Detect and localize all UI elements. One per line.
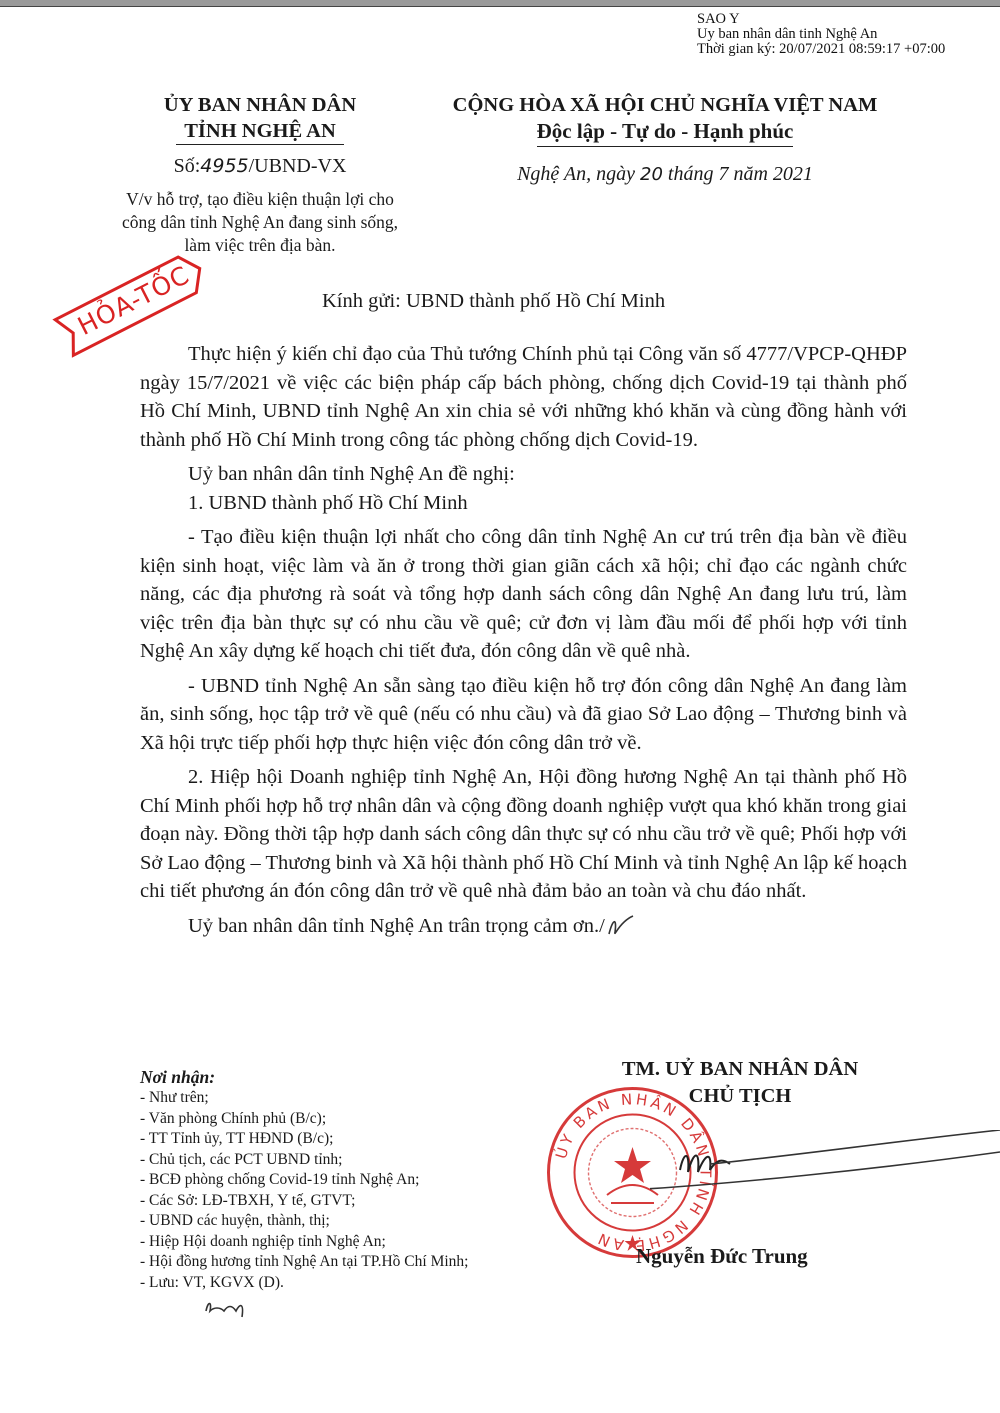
paragraph-item-1a: - Tạo điều kiện thuận lợi nhất cho công … bbox=[140, 523, 907, 666]
document-subject: V/v hỗ trợ, tạo điều kiện thuận lợi cho … bbox=[110, 188, 410, 257]
recipient-item: - Như trên; bbox=[140, 1088, 468, 1109]
number-prefix: Số: bbox=[174, 155, 201, 177]
issuing-authority-header: ỦY BAN NHÂN DÂN TỈNH NGHỆ AN Số:4955/UBN… bbox=[110, 92, 410, 257]
document-date: Nghệ An, ngày 20 tháng 7 năm 2021 bbox=[420, 163, 910, 186]
country-name: CỘNG HÒA XÃ HỘI CHỦ NGHĨA VIỆT NAM bbox=[420, 92, 910, 118]
authority-province: TỈNH NGHỆ AN bbox=[176, 118, 344, 145]
date-day: 20 bbox=[640, 164, 663, 185]
recipient-item: - UBND các huyện, thành, thị; bbox=[140, 1211, 468, 1232]
paragraph-request: Uỷ ban nhân dân tỉnh Nghệ An đề nghị: bbox=[140, 460, 907, 489]
recipient-item: - Hội đồng hương tỉnh Nghệ An tại TP.Hồ … bbox=[140, 1252, 468, 1273]
signature-org: Uy ban nhân dân tinh Nghệ An bbox=[697, 27, 945, 42]
digital-signature-stamp: SAO Y Uy ban nhân dân tinh Nghệ An Thời … bbox=[697, 12, 945, 57]
thanks-text: Uỷ ban nhân dân tỉnh Nghệ An trân trọng … bbox=[188, 915, 605, 937]
date-prefix: Nghệ An, ngày bbox=[517, 163, 640, 185]
recipient-item: - TT Tỉnh ủy, TT HĐND (B/c); bbox=[140, 1129, 468, 1150]
date-suffix: tháng 7 năm 2021 bbox=[663, 163, 813, 185]
initials-scribble-icon bbox=[605, 914, 635, 938]
national-motto: Độc lập - Tự do - Hạnh phúc bbox=[537, 118, 794, 147]
paragraph-thanks: Uỷ ban nhân dân tỉnh Nghệ An trân trọng … bbox=[140, 912, 907, 941]
recipient-item: - Văn phòng Chính phủ (B/c); bbox=[140, 1109, 468, 1130]
paragraph-item-1: 1. UBND thành phố Hồ Chí Minh bbox=[140, 489, 907, 518]
recipient-item: - Chủ tịch, các PCT UBND tỉnh; bbox=[140, 1150, 468, 1171]
viewer-top-bar bbox=[0, 0, 1000, 7]
national-header: CỘNG HÒA XÃ HỘI CHỦ NGHĨA VIỆT NAM Độc l… bbox=[420, 92, 910, 186]
paragraph-item-1b: - UBND tỉnh Nghệ An sẵn sàng tạo điều ki… bbox=[140, 672, 907, 758]
addressee: Kính gửi: UBND thành phố Hồ Chí Minh bbox=[322, 290, 665, 313]
authority-name: ỦY BAN NHÂN DÂN bbox=[110, 92, 410, 118]
document-number: Số:4955/UBND-VX bbox=[110, 155, 410, 178]
recipients-list: Nơi nhận: - Như trên; - Văn phòng Chính … bbox=[140, 1066, 468, 1328]
signature-type: SAO Y bbox=[697, 12, 945, 27]
recipient-item: - BCĐ phòng chống Covid-19 tỉnh Nghệ An; bbox=[140, 1170, 468, 1191]
handwritten-number: 4955 bbox=[200, 155, 248, 177]
clerk-initials-icon bbox=[202, 1295, 252, 1321]
signature-time: Thời gian ký: 20/07/2021 08:59:17 +07:00 bbox=[697, 42, 945, 57]
recipient-item: - Lưu: VT, KGVX (D). bbox=[140, 1273, 468, 1294]
recipient-item: - Các Sở: LĐ-TBXH, Y tế, GTVT; bbox=[140, 1191, 468, 1212]
signer-name: Nguyễn Đức Trung bbox=[636, 1244, 808, 1269]
document-body: Thực hiện ý kiến chỉ đạo của Thủ tướng C… bbox=[140, 340, 907, 940]
recipients-title: Nơi nhận: bbox=[140, 1066, 468, 1088]
on-behalf-label: TM. UỶ BAN NHÂN DÂN bbox=[590, 1056, 890, 1083]
recipient-item: - Hiệp Hội doanh nghiệp tỉnh Nghệ An; bbox=[140, 1232, 468, 1253]
handwritten-signature-icon bbox=[650, 1130, 1000, 1210]
paragraph-intro: Thực hiện ý kiến chỉ đạo của Thủ tướng C… bbox=[140, 340, 907, 454]
number-suffix: /UBND-VX bbox=[249, 155, 347, 177]
paragraph-item-2: 2. Hiệp hội Doanh nghiệp tỉnh Nghệ An, H… bbox=[140, 763, 907, 906]
